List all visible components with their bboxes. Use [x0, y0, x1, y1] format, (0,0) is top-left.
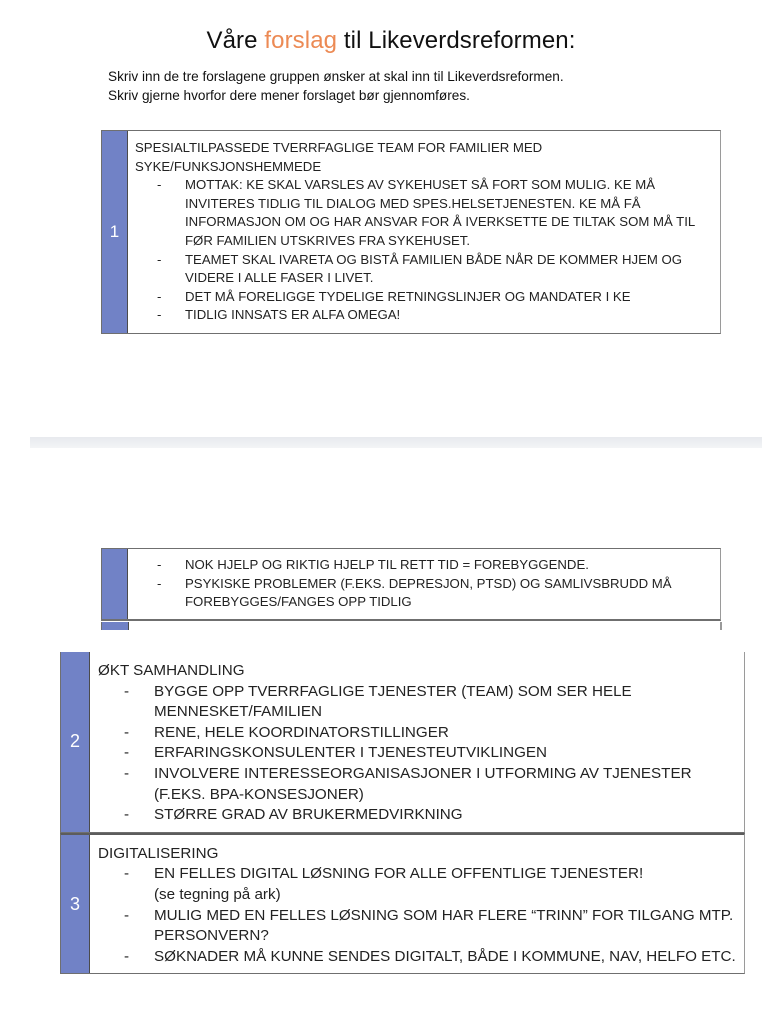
proposal-content[interactable]: SPESIALTILPASSEDE TVERRFAGLIGE TEAM FOR … — [128, 131, 720, 333]
proposal-table-1-continued: NOK HJELP OG RIKTIG HJELP TIL RETT TID =… — [101, 548, 721, 621]
bullet-item: RENE, HELE KOORDINATORSTILLINGER — [98, 723, 736, 744]
instructions: Skriv inn de tre forslagene gruppen ønsk… — [108, 67, 564, 105]
bullet-note: (se tegning på ark) — [154, 886, 281, 903]
proposal-heading: SPESIALTILPASSEDE TVERRFAGLIGE TEAM FOR … — [135, 139, 712, 176]
proposal-number-blank — [102, 549, 128, 619]
proposal-bullets: BYGGE OPP TVERRFAGLIGE TJENESTER (TEAM) … — [98, 682, 736, 826]
proposal-content[interactable]: NOK HJELP OG RIKTIG HJELP TIL RETT TID =… — [128, 549, 720, 619]
instruction-line-2: Skriv gjerne hvorfor dere mener forslage… — [108, 86, 564, 105]
bullet-item: BYGGE OPP TVERRFAGLIGE TJENESTER (TEAM) … — [98, 682, 736, 723]
proposal-table-1: 1 SPESIALTILPASSEDE TVERRFAGLIGE TEAM FO… — [101, 130, 721, 334]
proposal-row-3: 3 DIGITALISERING EN FELLES DIGITAL LØSNI… — [60, 833, 745, 975]
proposal-bullets: MOTTAK: KE SKAL VARSLES AV SYKEHUSET SÅ … — [135, 176, 712, 325]
bullet-item: EN FELLES DIGITAL LØSNING FOR ALLE OFFEN… — [98, 864, 736, 905]
proposal-bullets: EN FELLES DIGITAL LØSNING FOR ALLE OFFEN… — [98, 864, 736, 967]
title-accent: forslag — [264, 27, 337, 54]
table-fragment-edge — [101, 622, 129, 630]
proposal-number: 1 — [102, 131, 128, 333]
proposal-content[interactable]: ØKT SAMHANDLING BYGGE OPP TVERRFAGLIGE T… — [90, 652, 744, 832]
proposal-row-1-continued: NOK HJELP OG RIKTIG HJELP TIL RETT TID =… — [101, 548, 721, 621]
proposal-number: 3 — [61, 835, 90, 974]
proposal-row-1: 1 SPESIALTILPASSEDE TVERRFAGLIGE TEAM FO… — [101, 130, 721, 334]
page-break-divider — [30, 437, 762, 448]
bullet-item: MULIG MED EN FELLES LØSNING SOM HAR FLER… — [98, 906, 736, 947]
page-title: Våre forslag til Likeverdsreformen: — [0, 27, 782, 55]
bullet-item: MOTTAK: KE SKAL VARSLES AV SYKEHUSET SÅ … — [135, 176, 712, 250]
title-suffix: til Likeverdsreformen: — [337, 27, 575, 54]
bullet-item: TEAMET SKAL IVARETA OG BISTÅ FAMILIEN BÅ… — [135, 251, 712, 288]
proposal-heading: DIGITALISERING — [98, 844, 736, 865]
instruction-line-1: Skriv inn de tre forslagene gruppen ønsk… — [108, 67, 564, 86]
bullet-item: DET MÅ FORELIGGE TYDELIGE RETNINGSLINJER… — [135, 288, 712, 307]
proposal-number: 2 — [61, 652, 90, 832]
bullet-text: EN FELLES DIGITAL LØSNING FOR ALLE OFFEN… — [154, 865, 643, 882]
proposal-bullets: NOK HJELP OG RIKTIG HJELP TIL RETT TID =… — [135, 556, 712, 612]
bullet-item: TIDLIG INNSATS ER ALFA OMEGA! — [135, 306, 712, 325]
bullet-item: NOK HJELP OG RIKTIG HJELP TIL RETT TID =… — [135, 556, 712, 575]
proposal-heading: ØKT SAMHANDLING — [98, 661, 736, 682]
bullet-item: STØRRE GRAD AV BRUKERMEDVIRKNING — [98, 805, 736, 826]
proposal-row-2: 2 ØKT SAMHANDLING BYGGE OPP TVERRFAGLIGE… — [60, 652, 745, 833]
title-prefix: Våre — [206, 27, 264, 54]
bullet-item: SØKNADER MÅ KUNNE SENDES DIGITALT, BÅDE … — [98, 947, 736, 968]
table-fragment-edge-right — [720, 622, 722, 630]
proposal-table-2-3: 2 ØKT SAMHANDLING BYGGE OPP TVERRFAGLIGE… — [60, 652, 745, 974]
bullet-item: INVOLVERE INTERESSEORGANISASJONER I UTFO… — [98, 764, 736, 805]
bullet-item: ERFARINGSKONSULENTER I TJENESTEUTVIKLING… — [98, 743, 736, 764]
bullet-item: PSYKISKE PROBLEMER (F.EKS. DEPRESJON, PT… — [135, 575, 712, 612]
proposal-content[interactable]: DIGITALISERING EN FELLES DIGITAL LØSNING… — [90, 835, 744, 974]
